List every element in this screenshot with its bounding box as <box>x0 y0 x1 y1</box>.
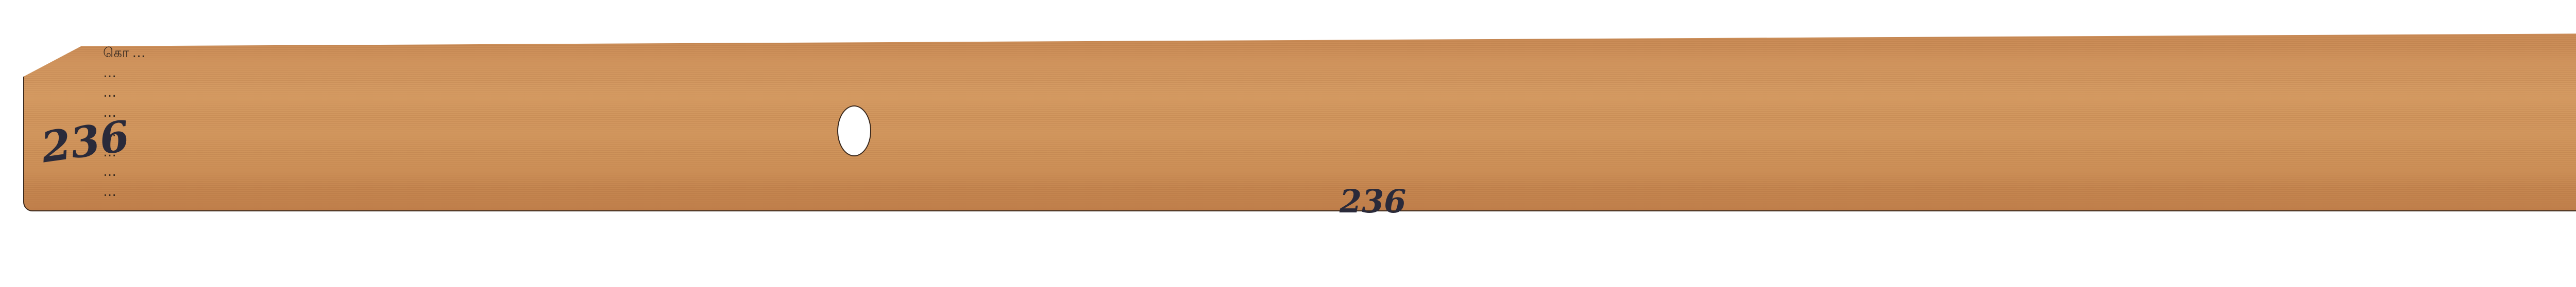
text-line-7: … <box>103 164 2576 180</box>
folio-marking-bottom: 236 <box>1340 183 1406 220</box>
text-line-2: … <box>103 65 2576 81</box>
text-line-6: … <box>103 145 2576 160</box>
manuscript-text: கொ… … … … … … … … <box>103 45 2576 200</box>
text-line-1: கொ… <box>103 45 2576 61</box>
text-line-4: … <box>103 105 2576 120</box>
text-line-5: … <box>103 124 2576 140</box>
text-line-3: … <box>103 85 2576 100</box>
